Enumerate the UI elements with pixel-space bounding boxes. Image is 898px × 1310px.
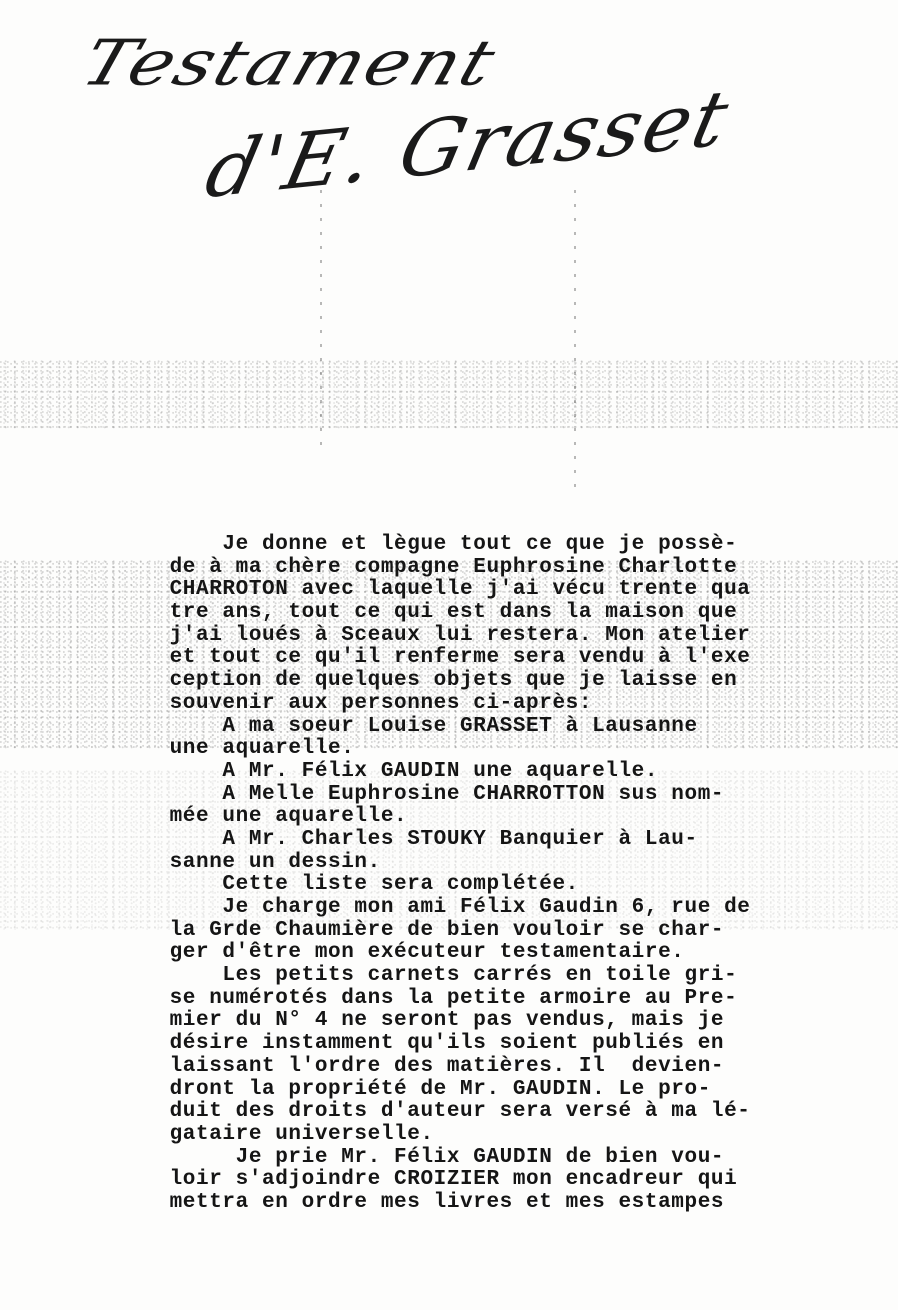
- body-line: mée une aquarelle.: [130, 806, 850, 829]
- body-line: Cette liste sera complétée.: [130, 874, 850, 897]
- body-line: CHARROTON avec laquelle j'ai vécu trente…: [130, 579, 850, 602]
- body-line: A Mr. Félix GAUDIN une aquarelle.: [130, 761, 850, 784]
- body-line: mettra en ordre mes livres et mes estamp…: [130, 1192, 850, 1215]
- body-line: sanne un dessin.: [130, 852, 850, 875]
- body-line: gataire universelle.: [130, 1124, 850, 1147]
- body-line: A ma soeur Louise GRASSET à Lausanne: [130, 716, 850, 739]
- body-line: dront la propriété de Mr. GAUDIN. Le pro…: [130, 1079, 850, 1102]
- fold-crease: [320, 190, 322, 450]
- body-line: Les petits carnets carrés en toile gri-: [130, 965, 850, 988]
- body-line: et tout ce qu'il renferme sera vendu à l…: [130, 647, 850, 670]
- body-line: se numérotés dans la petite armoire au P…: [130, 988, 850, 1011]
- body-line: laissant l'ordre des matières. Il devien…: [130, 1056, 850, 1079]
- body-line: souvenir aux personnes ci-après:: [130, 693, 850, 716]
- scan-noise-band: [0, 360, 898, 430]
- body-line: mier du N° 4 ne seront pas vendus, mais …: [130, 1010, 850, 1033]
- body-line: Je prie Mr. Félix GAUDIN de bien vou-: [130, 1147, 850, 1170]
- body-line: de à ma chère compagne Euphrosine Charlo…: [130, 557, 850, 580]
- body-line: la Grde Chaumière de bien vouloir se cha…: [130, 920, 850, 943]
- body-line: loir s'adjoindre CROIZIER mon encadreur …: [130, 1169, 850, 1192]
- body-line: ception de quelques objets que je laisse…: [130, 670, 850, 693]
- handwritten-title-line1: Testament: [73, 26, 505, 99]
- body-line: désire instamment qu'ils soient publiés …: [130, 1033, 850, 1056]
- body-line: une aquarelle.: [130, 738, 850, 761]
- body-line: j'ai loués à Sceaux lui restera. Mon ate…: [130, 625, 850, 648]
- typewritten-body: Je donne et lègue tout ce que je possè- …: [130, 534, 850, 1215]
- body-line: tre ans, tout ce qui est dans la maison …: [130, 602, 850, 625]
- body-line: A Melle Euphrosine CHARROTTON sus nom-: [130, 784, 850, 807]
- body-line: duit des droits d'auteur sera versé à ma…: [130, 1101, 850, 1124]
- document-page: Testament d'E. Grasset Je donne et lègue…: [0, 0, 898, 1310]
- body-line: Je donne et lègue tout ce que je possè-: [130, 534, 850, 557]
- body-line: Je charge mon ami Félix Gaudin 6, rue de: [130, 897, 850, 920]
- body-line: A Mr. Charles STOUKY Banquier à Lau-: [130, 829, 850, 852]
- body-line: ger d'être mon exécuteur testamentaire.: [130, 942, 850, 965]
- fold-crease: [574, 190, 576, 490]
